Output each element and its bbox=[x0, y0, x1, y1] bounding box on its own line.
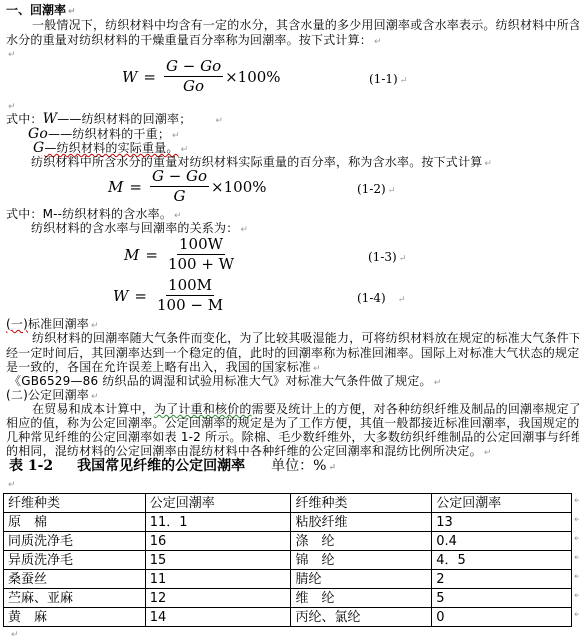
table-row: 原 棉 11．1 粘胶纤维 13 bbox=[4, 513, 572, 532]
paragraph-mark-icon: ↵ bbox=[374, 37, 382, 47]
eqno-text: (1-2) bbox=[357, 182, 386, 196]
official-text-1a: 在贸易和成本计算中， bbox=[32, 402, 154, 416]
regain-value-cell: 4．5 bbox=[432, 551, 572, 570]
regain-value-cell: 2 bbox=[432, 570, 572, 589]
table-title: 表 1-2我国常见纤维的公定回潮率单位：%↵ bbox=[9, 457, 336, 477]
formula-1-3: M = 100W 100 + W bbox=[124, 236, 238, 273]
fiber-name-cell: 黄 麻 bbox=[4, 608, 146, 627]
fraction: G − Go G bbox=[150, 168, 209, 205]
regain-value-cell: 11．1 bbox=[145, 513, 291, 532]
equation-number-1-1: (1-1)↵ bbox=[369, 72, 407, 88]
paragraph-mark-icon: ↵ bbox=[388, 186, 396, 196]
regain-value-cell: 15 bbox=[145, 551, 291, 570]
fiber-name-cell: 异质洗净毛 bbox=[4, 551, 146, 570]
formula-lhs: M bbox=[124, 248, 139, 262]
regain-value-cell: 13 bbox=[432, 513, 572, 532]
official-text-4: 的相同，混纺材料的公定回潮率由混纺材料中各种纤维的公定回潮率和混纺比例所决定。 bbox=[6, 444, 482, 458]
table-label: 表 1-2 bbox=[9, 458, 53, 474]
relation-text: 纺织材料的含水率与回潮率的关系为： bbox=[31, 221, 238, 235]
row-end-mark-icon: ↵ bbox=[574, 610, 579, 620]
denominator: 100 − M bbox=[155, 296, 225, 314]
numerator: 100M bbox=[166, 277, 214, 296]
equals-sign: = bbox=[129, 180, 142, 194]
moisture-regain-table: 纤维种类 公定回潮率 纤维种类 公定回潮率 原 棉 11．1 粘胶纤维 13 同… bbox=[3, 493, 572, 627]
paragraph-mark-icon: ↵ bbox=[68, 7, 76, 17]
paragraph-mark-icon: ↵ bbox=[400, 76, 408, 86]
equation-number-1-2: (1-2)↵ bbox=[357, 182, 395, 198]
table-row: 黄 麻 14 丙纶、氯纶 0 bbox=[4, 608, 572, 627]
official-text-3: 几种常见纤维的公定回潮率如表 1-2 所示。除棉、毛少数纤维外，大多数纺织纤维制… bbox=[6, 430, 579, 444]
denominator: G bbox=[172, 187, 188, 205]
eqno-text: (1-3) bbox=[368, 250, 397, 264]
multiplier: ×100% bbox=[211, 180, 266, 194]
equation-number-1-4: (1-4)↵ bbox=[357, 291, 405, 307]
formula-1-2: M = G − Go G ×100% bbox=[108, 168, 267, 205]
intro-line-1: 一般情况下，纺织材料中均含有一定的水分，其含水量的多少用回潮率或含水率表示。纺织… bbox=[32, 18, 579, 32]
numerator: G − Go bbox=[164, 58, 223, 77]
paragraph-mark-icon: ↵ bbox=[313, 364, 321, 374]
header-cell: 公定回潮率 bbox=[145, 494, 291, 513]
official-line-3: 几种常见纤维的公定回潮率如表 1-2 所示。除棉、毛少数纤维外，大多数纺织纤维制… bbox=[6, 430, 579, 444]
official-text-2: 相应的值，称为公定回潮率。公定回潮率的规定是为了工作方便，其值一般都接近标准回潮… bbox=[6, 416, 579, 430]
paragraph-mark-icon: ↵ bbox=[215, 116, 223, 126]
regain-value-cell: 16 bbox=[145, 532, 291, 551]
regain-value-cell: 5 bbox=[432, 589, 572, 608]
definition-g-text: —纺织材料的实际重量。 bbox=[44, 141, 178, 155]
fraction: 100W 100 + W bbox=[166, 236, 236, 273]
fiber-name-cell: 涤 纶 bbox=[291, 532, 432, 551]
formula-lhs: M bbox=[108, 180, 123, 194]
standard-text-1: 纺织材料的回潮率随大气条件而变化，为了比较其吸湿能力，可将纺织材料放在规定的标准… bbox=[32, 331, 579, 345]
official-heading-text: 公定回潮率 bbox=[28, 388, 89, 402]
regain-value-cell: 11 bbox=[145, 570, 291, 589]
row-end-mark-icon: ↵ bbox=[574, 534, 579, 544]
symbol-w: W bbox=[43, 111, 58, 127]
paragraph-mark-icon: ↵ bbox=[484, 448, 492, 458]
paragraph-mark-icon: ↵ bbox=[8, 478, 16, 492]
paragraph-mark-icon: ↵ bbox=[399, 254, 407, 264]
formula-1-1: W = G − Go Go ×100% bbox=[122, 58, 281, 95]
standard-line-2: 经一定时间后，其回潮率达到一个稳定的值，此时的回潮率称为标准回湘率。国际上对标准… bbox=[6, 346, 579, 360]
table-header-row: 纤维种类 公定回潮率 纤维种类 公定回潮率 bbox=[4, 494, 572, 513]
paragraph-mark-icon: ↵ bbox=[91, 321, 99, 331]
official-line-2: 相应的值，称为公定回潮率。公定回潮率的规定是为了工作方便，其值一般都接近标准回潮… bbox=[6, 416, 579, 430]
definition-prefix: 式中： bbox=[6, 112, 43, 126]
equation-number-1-3: (1-3)↵ bbox=[368, 250, 406, 266]
fraction: 100M 100 − M bbox=[155, 277, 225, 314]
regain-value-cell: 0 bbox=[432, 608, 572, 627]
eqno-text: (1-4) bbox=[357, 291, 386, 305]
intro-text-2: 水分的重量对纺织材料的干燥重量百分率称为回潮率。按下式计算： bbox=[6, 33, 372, 47]
paragraph-mark-icon: ↵ bbox=[91, 392, 99, 402]
row-end-mark-icon: ↵ bbox=[574, 496, 579, 506]
fiber-name-cell: 原 棉 bbox=[4, 513, 146, 532]
denominator: Go bbox=[181, 77, 206, 95]
fiber-name-cell: 苎麻、亚麻 bbox=[4, 589, 146, 608]
formula-lhs: W bbox=[122, 70, 137, 84]
definition-m-text: 式中：M--纺织材料的含水率。 bbox=[6, 207, 172, 221]
fiber-name-cell: 同质洗净毛 bbox=[4, 532, 146, 551]
header-cell: 公定回潮率 bbox=[432, 494, 572, 513]
official-text-1b: 为了计重和核价的 bbox=[154, 402, 252, 416]
equals-sign: = bbox=[145, 248, 158, 262]
standard-heading-text: 标准回潮率 bbox=[28, 317, 89, 331]
standard-text-3: 是一致的，各国在允许误差上略有出入，我国的国家标准 bbox=[6, 360, 311, 374]
paragraph-mark-icon: ↵ bbox=[328, 463, 336, 473]
section-heading: 一、回潮率↵ bbox=[6, 3, 76, 19]
eqno-text: (1-1) bbox=[369, 72, 398, 86]
moisture-intro-text: 纺织材料中所含水分的重量对纺织材料实际重量的百分率，称为含水率。按下式计算 bbox=[31, 155, 482, 169]
fiber-name-cell: 维 纶 bbox=[291, 589, 432, 608]
equals-sign: = bbox=[134, 289, 147, 303]
standard-text-4: 《GB6529—86 纺织品的调湿和试验用标准大气》对标准大气条件做了规定。 bbox=[9, 374, 432, 388]
standard-line-1: 纺织材料的回潮率随大气条件而变化，为了比较其吸湿能力，可将纺织材料放在规定的标准… bbox=[32, 331, 579, 345]
row-end-mark-icon: ↵ bbox=[574, 572, 579, 582]
regain-value-cell: 14 bbox=[145, 608, 291, 627]
fiber-name-cell: 粘胶纤维 bbox=[291, 513, 432, 532]
paragraph-mark-icon: ↵ bbox=[181, 145, 189, 155]
paragraph-mark-icon: ↵ bbox=[240, 225, 248, 235]
table-row: 苎麻、亚麻 12 维 纶 5 bbox=[4, 589, 572, 608]
fiber-name-cell: 锦 纶 bbox=[291, 551, 432, 570]
equals-sign: = bbox=[143, 70, 156, 84]
header-cell: 纤维种类 bbox=[4, 494, 146, 513]
intro-line-2: 水分的重量对纺织材料的干燥重量百分率称为回潮率。按下式计算：↵ bbox=[6, 33, 382, 49]
official-text-1c: 需要及统计上的方便，对各种纺织纤维及制品的回潮率规定了 bbox=[252, 402, 579, 416]
official-line-1: 在贸易和成本计算中，为了计重和核价的需要及统计上的方便，对各种纺织纤维及制品的回… bbox=[32, 402, 579, 416]
paragraph-mark-icon: ↵ bbox=[172, 131, 180, 141]
definition-w-text: ——纺织材料的回潮率； bbox=[57, 112, 191, 126]
regain-value-cell: 12 bbox=[145, 589, 291, 608]
fiber-name-cell: 腈纶 bbox=[291, 570, 432, 589]
table-row: 同质洗净毛 16 涤 纶 0.4 bbox=[4, 532, 572, 551]
section-title: 回潮率 bbox=[30, 3, 66, 17]
formula-lhs: W bbox=[113, 289, 128, 303]
paragraph-mark-icon: ↵ bbox=[398, 295, 406, 305]
numerator: G − Go bbox=[150, 168, 209, 187]
symbol-g: G bbox=[33, 140, 44, 156]
fiber-name-cell: 桑蚕丝 bbox=[4, 570, 146, 589]
formula-1-4: W = 100M 100 − M bbox=[113, 277, 227, 314]
paragraph-mark-icon: ↵ bbox=[434, 378, 442, 388]
fraction: G − Go Go bbox=[164, 58, 223, 95]
definition-go-text: ——纺织材料的干重； bbox=[48, 127, 170, 141]
paragraph-mark-icon: ↵ bbox=[484, 159, 492, 169]
standard-heading-prefix: (一) bbox=[6, 317, 28, 331]
paragraph-mark-icon: ↵ bbox=[11, 628, 19, 639]
official-heading-prefix: (二) bbox=[6, 388, 28, 402]
intro-text-1: 一般情况下，纺织材料中均含有一定的水分，其含水量的多少用回潮率或含水率表示。纺织… bbox=[32, 18, 579, 32]
paragraph-mark-icon: ↵ bbox=[8, 48, 16, 62]
fiber-name-cell: 丙纶、氯纶 bbox=[291, 608, 432, 627]
multiplier: ×100% bbox=[225, 70, 280, 84]
section-number: 一、 bbox=[6, 3, 30, 17]
header-cell: 纤维种类 bbox=[291, 494, 432, 513]
table-row: 异质洗净毛 15 锦 纶 4．5 bbox=[4, 551, 572, 570]
table-row: 桑蚕丝 11 腈纶 2 bbox=[4, 570, 572, 589]
row-end-mark-icon: ↵ bbox=[574, 553, 579, 563]
denominator: 100 + W bbox=[166, 255, 236, 273]
standard-text-2: 经一定时间后，其回潮率达到一个稳定的值，此时的回潮率称为标准回湘率。国际上对标准… bbox=[6, 346, 579, 360]
table-unit: 单位：% bbox=[271, 458, 326, 474]
regain-value-cell: 0.4 bbox=[432, 532, 572, 551]
table-caption: 我国常见纤维的公定回潮率 bbox=[77, 458, 245, 474]
row-end-mark-icon: ↵ bbox=[574, 591, 579, 601]
paragraph-mark-icon: ↵ bbox=[174, 211, 182, 221]
row-end-mark-icon: ↵ bbox=[574, 515, 579, 525]
numerator: 100W bbox=[177, 236, 225, 255]
